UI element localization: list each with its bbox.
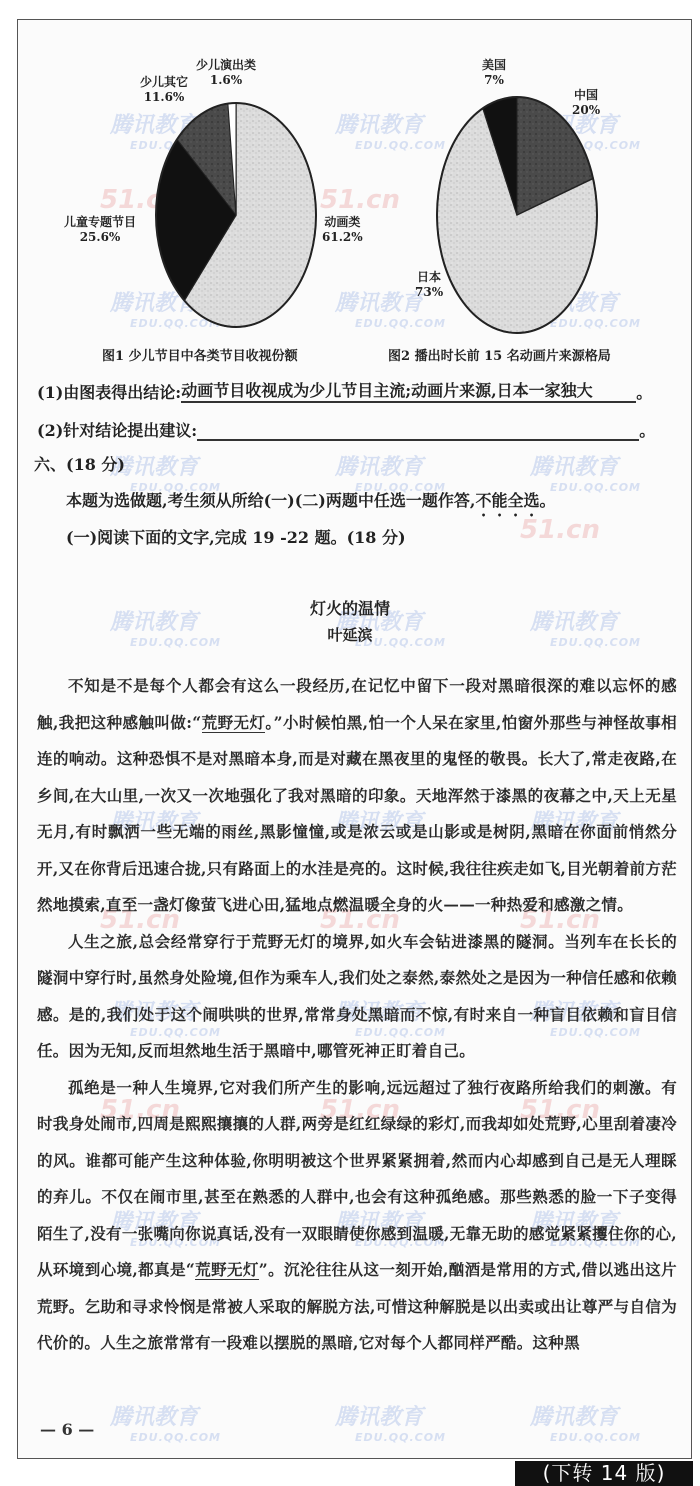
underlined-phrase: 荒野无灯 — [202, 713, 266, 733]
pie1-label-performance: 少儿演出类1.6% — [196, 58, 256, 88]
question-2-answer-field[interactable] — [197, 421, 639, 441]
pie1-label-special: 儿童专题节目25.6% — [64, 215, 136, 245]
paragraph-2: 人生之旅,总会经常穿行于荒野无灯的境界,如火车会钻进漆黑的隧洞。当列车在长长的隧… — [37, 924, 677, 1070]
emphasized-text: 不能全选 — [475, 491, 539, 510]
question-1-answer: 动画节目收视成为少儿节目主流;动画片来源,日本一家独大 — [181, 381, 592, 400]
question-1-answer-field[interactable]: 动画节目收视成为少儿节目主流;动画片来源,日本一家独大 — [181, 378, 636, 403]
paragraph-1: 不知是不是每个人都会有这么一段经历,在记忆中留下一段对黑暗很深的难以忘怀的感触,… — [37, 668, 677, 924]
article-body: 不知是不是每个人都会有这么一段经历,在记忆中留下一段对黑暗很深的难以忘怀的感触,… — [37, 668, 677, 1362]
pie2-label-china: 中国20% — [572, 88, 600, 118]
article-title: 灯火的温情 — [0, 596, 700, 619]
section-instruction: 本题为选做题,考生须从所给(一)(二)两题中任选一题作答,不能全选。 — [66, 488, 555, 520]
pie2-label-usa: 美国7% — [482, 58, 506, 88]
article-author: 叶延滨 — [0, 624, 700, 645]
question-2-label: (2)针对结论提出建议: — [37, 421, 197, 440]
continued-on-page-note: (下转 14 版) — [515, 1461, 693, 1486]
figure2-caption: 图2 播出时长前 15 名动画片来源格局 — [388, 345, 611, 364]
section-heading: 六、(18 分) — [34, 452, 125, 475]
underlined-phrase: 荒野无灯 — [195, 1260, 259, 1280]
sub-section-heading: (一)阅读下面的文字,完成 19 -22 题。(18 分) — [66, 525, 406, 548]
page-number: — 6 — — [40, 1420, 94, 1439]
question-1: (1)由图表得出结论:动画节目收视成为少儿节目主流;动画片来源,日本一家独大。 — [37, 378, 652, 403]
pie2-label-japan: 日本73% — [415, 270, 443, 300]
question-1-label: (1)由图表得出结论: — [37, 383, 181, 402]
pie-chart-figure1 — [0, 0, 700, 345]
pie1-label-other: 少儿其它11.6% — [140, 75, 188, 105]
paragraph-3: 孤绝是一种人生境界,它对我们所产生的影响,远远超过了独行夜路所给我们的刺激。有时… — [37, 1070, 677, 1362]
pie1-slices — [156, 103, 316, 327]
pie2-slices — [437, 97, 597, 333]
figure1-caption: 图1 少儿节目中各类节目收视份额 — [102, 345, 298, 364]
pie1-label-animation: 动画类61.2% — [322, 215, 363, 245]
question-2: (2)针对结论提出建议:。 — [37, 418, 655, 441]
